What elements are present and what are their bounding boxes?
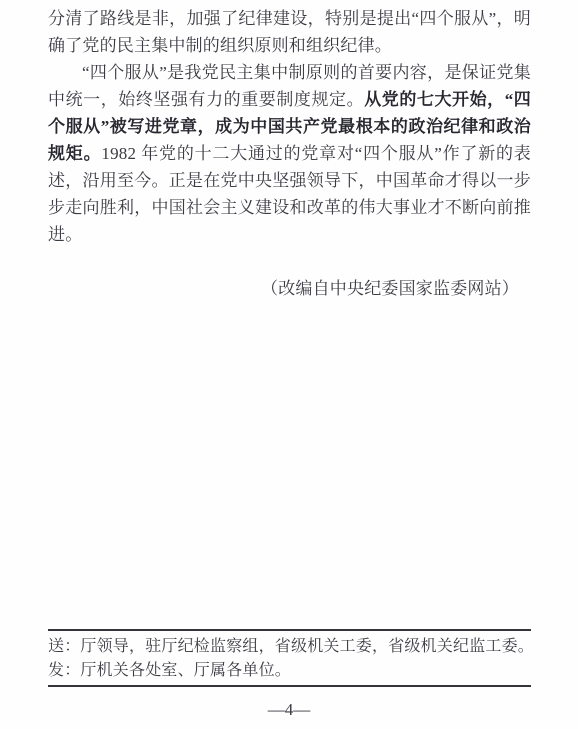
body-paragraph-1: 分清了路线是非，加强了纪律建设，特别是提出“四个服从”，明确了党的民主集中制的组…	[48, 5, 531, 59]
document-body: 分清了路线是非，加强了纪律建设，特别是提出“四个服从”，明确了党的民主集中制的组…	[48, 5, 531, 302]
colophon-block: 送：厅领导，驻厅纪检监察组，省级机关工委，省级机关纪监工委。 发：厅机关各处室、…	[48, 629, 531, 687]
page-number: —4—	[0, 699, 578, 721]
colophon-send-line: 送：厅领导，驻厅纪检监察组，省级机关工委，省级机关纪监工委。	[48, 635, 531, 659]
document-page: 分清了路线是非，加强了纪律建设，特别是提出“四个服从”，明确了党的民主集中制的组…	[0, 0, 578, 729]
source-attribution: （改编自中央纪委国家监委网站）	[48, 275, 531, 302]
colophon-issue-line: 发：厅机关各处室、厅属各单位。	[48, 659, 531, 683]
paragraph-2-text-post: 1982 年党的十二大通过的党章对“四个服从”作了新的表述，沿用至今。正是在党中…	[48, 144, 531, 244]
body-paragraph-2: “四个服从”是我党民主集中制原则的首要内容，是保证党集中统一，始终坚强有力的重要…	[48, 59, 531, 248]
